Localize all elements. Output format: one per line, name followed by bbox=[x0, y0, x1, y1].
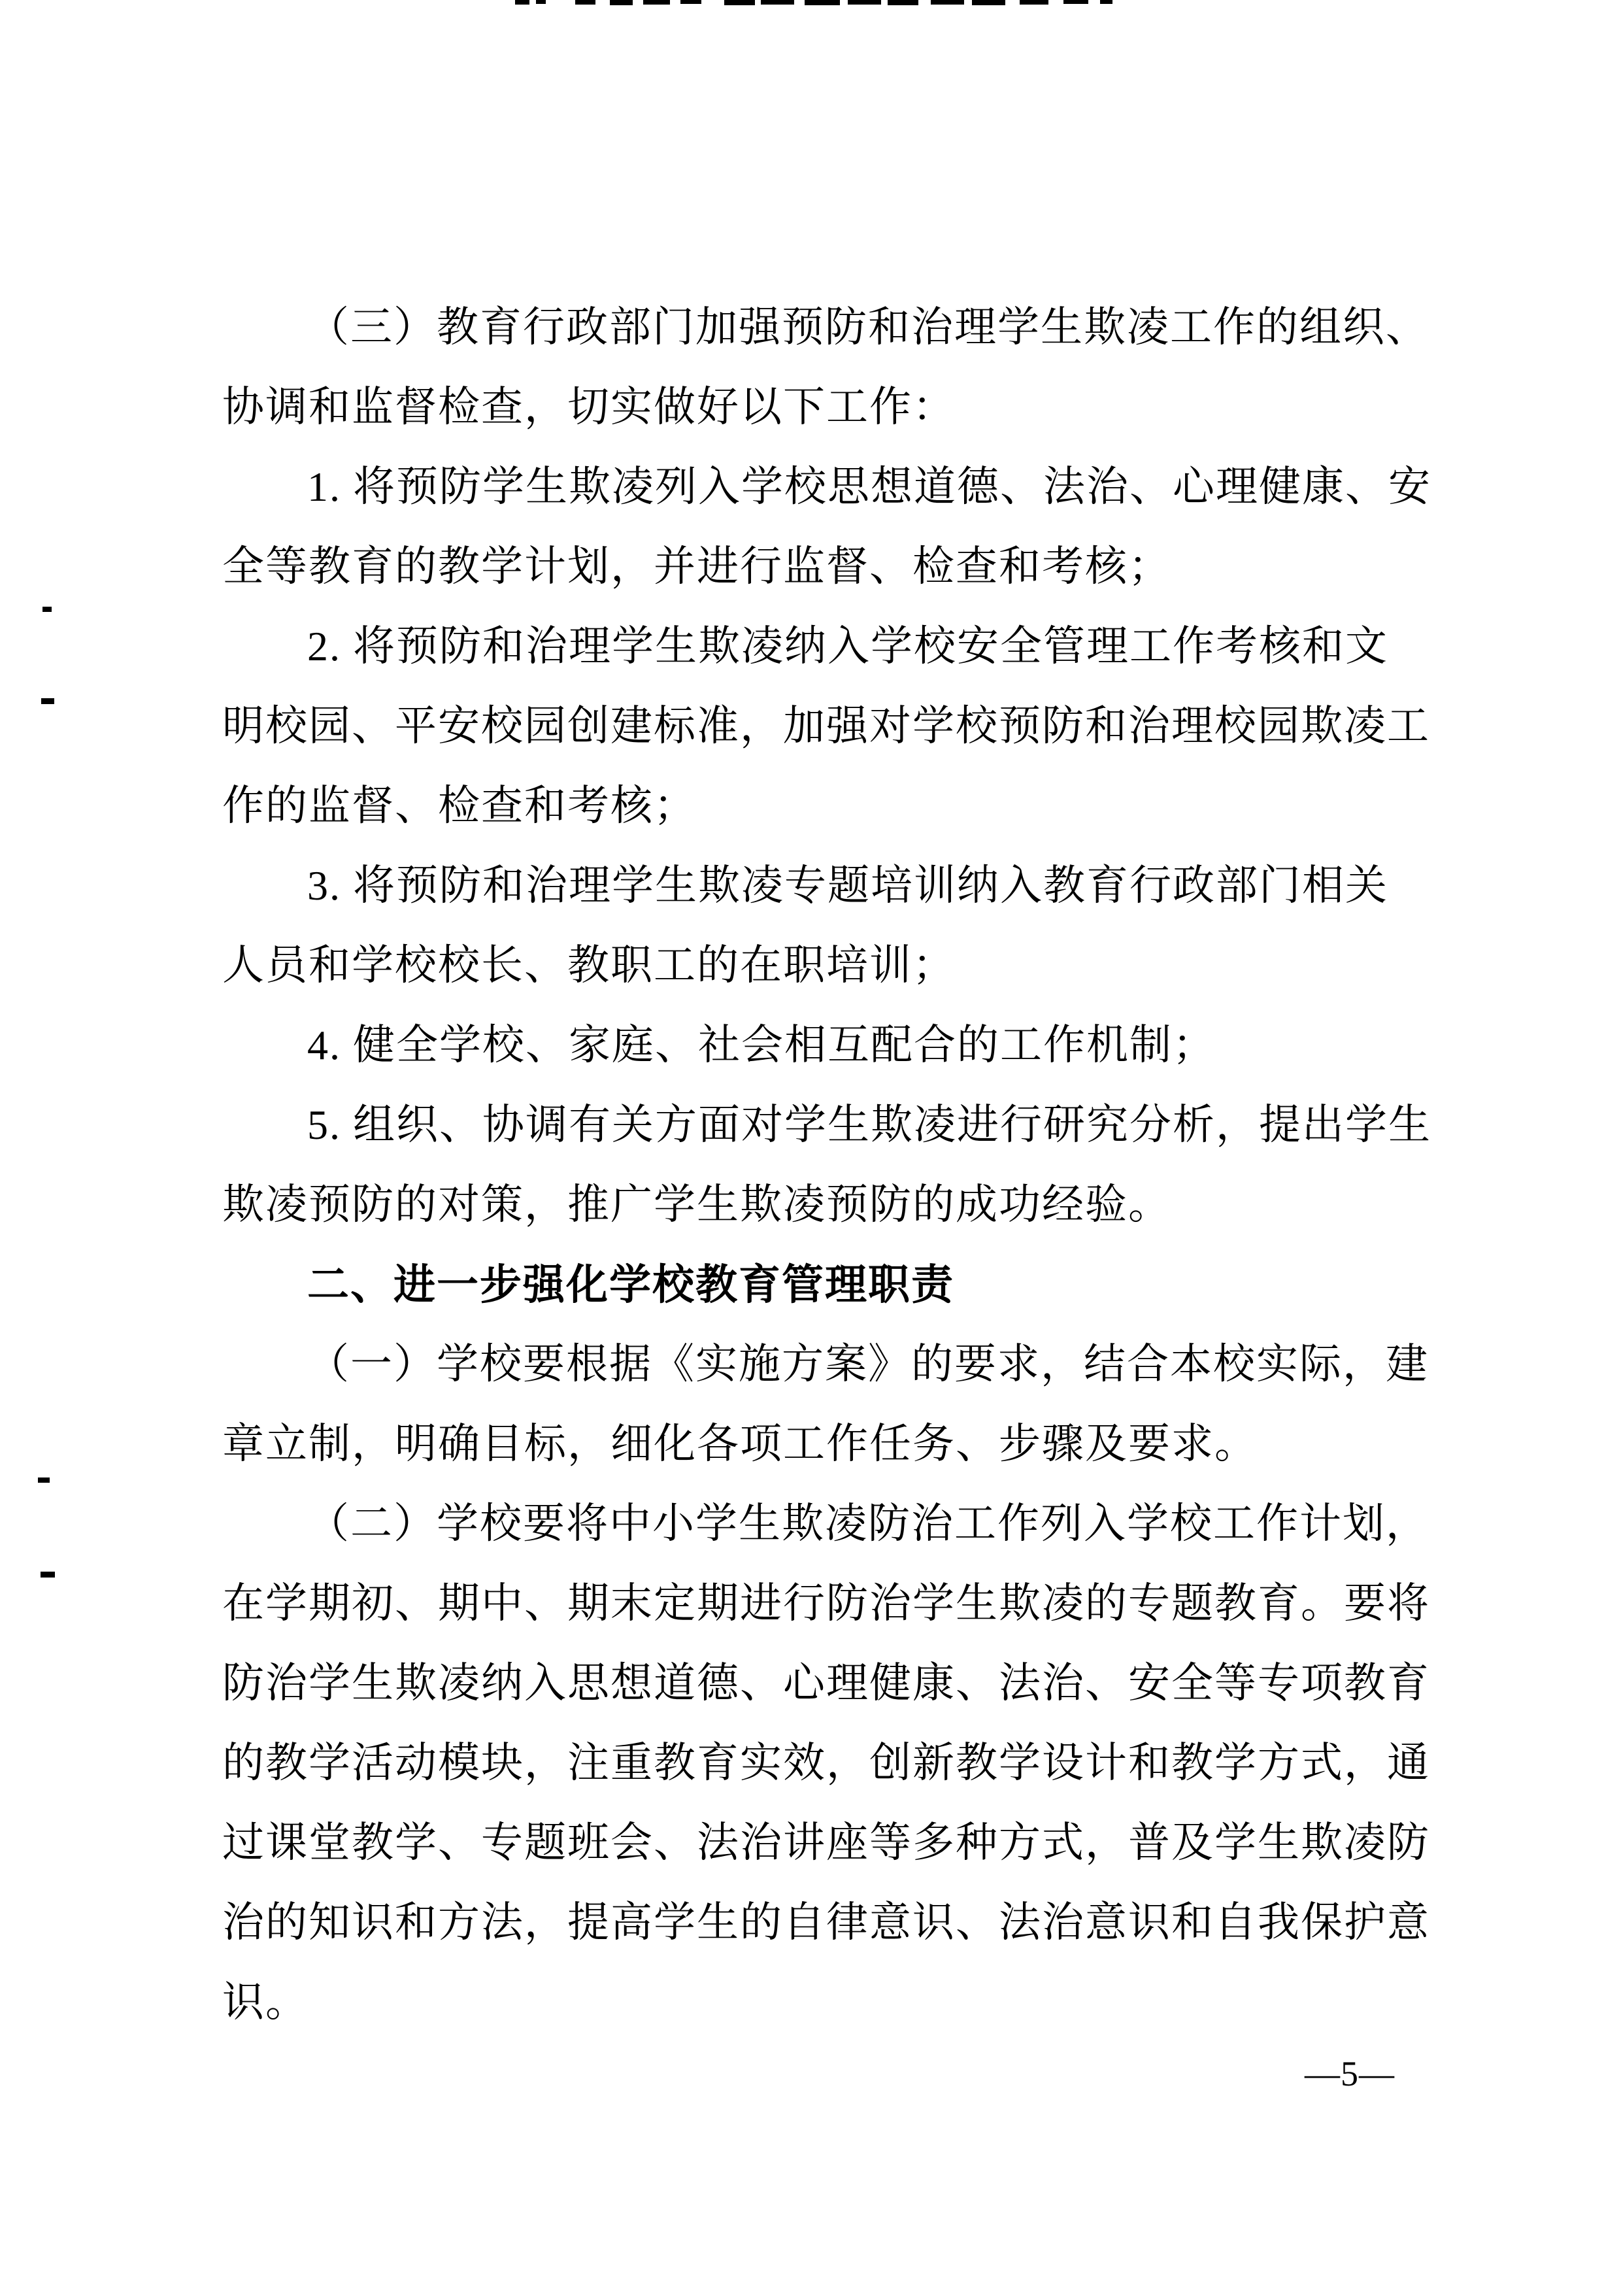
text-line: 3. 将预防和治理学生欺凌专题培训纳入教育行政部门相关 bbox=[222, 846, 1418, 926]
section-heading: 二、进一步强化学校教育管理职责 bbox=[222, 1245, 1418, 1325]
scan-artifact bbox=[848, 0, 881, 5]
scan-speck bbox=[41, 698, 54, 704]
scan-artifact bbox=[515, 0, 529, 5]
scan-artifact bbox=[643, 0, 670, 5]
scan-speck bbox=[42, 607, 52, 612]
scan-artifact bbox=[761, 0, 794, 5]
scan-artifact bbox=[1100, 0, 1112, 4]
text-line: 过课堂教学、专题班会、法治讲座等多种方式，普及学生欺凌防 bbox=[222, 1803, 1418, 1883]
text-line: 欺凌预防的对策，推广学生欺凌预防的成功经验。 bbox=[222, 1165, 1418, 1245]
text-line: 5. 组织、协调有关方面对学生欺凌进行研究分析，提出学生 bbox=[222, 1085, 1418, 1165]
page-number: —5— bbox=[1281, 2054, 1418, 2093]
scan-artifact bbox=[888, 0, 918, 5]
text-line: 2. 将预防和治理学生欺凌纳入学校安全管理工作考核和文 bbox=[222, 607, 1418, 686]
text-line: 全等教育的教学计划，并进行监督、检查和考核； bbox=[222, 527, 1418, 607]
text-line: （一）学校要根据《实施方案》的要求，结合本校实际，建 bbox=[222, 1325, 1418, 1404]
text-line: 治的知识和方法，提高学生的自律意识、法治意识和自我保护意 bbox=[222, 1883, 1418, 1963]
document-body: （三）教育行政部门加强预防和治理学生欺凌工作的组织、 协调和监督检查，切实做好以… bbox=[222, 288, 1418, 2042]
text-line: 协调和监督检查，切实做好以下工作： bbox=[222, 367, 1418, 447]
text-line: （二）学校要将中小学生欺凌防治工作列入学校工作计划， bbox=[222, 1484, 1418, 1564]
scan-artifact bbox=[1063, 0, 1088, 4]
text-line: 防治学生欺凌纳入思想道德、心理健康、法治、安全等专项教育 bbox=[222, 1644, 1418, 1723]
scan-artifact bbox=[536, 0, 546, 4]
scan-artifact bbox=[931, 0, 964, 5]
scan-artifact bbox=[1020, 0, 1048, 5]
text-line: 识。 bbox=[222, 1963, 1418, 2042]
scan-artifact bbox=[805, 0, 840, 5]
scanned-document-page: （三）教育行政部门加强预防和治理学生欺凌工作的组织、 协调和监督检查，切实做好以… bbox=[0, 0, 1621, 2296]
scan-speck bbox=[41, 1572, 55, 1578]
text-line: （三）教育行政部门加强预防和治理学生欺凌工作的组织、 bbox=[222, 288, 1418, 367]
text-line: 1. 将预防学生欺凌列入学校思想道德、法治、心理健康、安 bbox=[222, 447, 1418, 527]
text-line: 作的监督、检查和考核； bbox=[222, 766, 1418, 846]
text-line: 明校园、平安校园创建标准，加强对学校预防和治理校园欺凌工 bbox=[222, 686, 1418, 766]
text-line: 4. 健全学校、家庭、社会相互配合的工作机制； bbox=[222, 1005, 1418, 1085]
text-line: 章立制，明确目标，细化各项工作任务、步骤及要求。 bbox=[222, 1404, 1418, 1484]
scan-artifact bbox=[972, 0, 1005, 5]
text-line: 人员和学校校长、教职工的在职培训； bbox=[222, 926, 1418, 1005]
scan-artifact bbox=[680, 0, 701, 4]
scan-speck bbox=[38, 1477, 50, 1483]
scan-artifact bbox=[610, 0, 633, 5]
text-line: 的教学活动模块，注重教育实效，创新教学设计和教学方式，通 bbox=[222, 1723, 1418, 1803]
text-line: 在学期初、期中、期末定期进行防治学生欺凌的专题教育。要将 bbox=[222, 1564, 1418, 1644]
scan-artifact bbox=[724, 0, 755, 5]
scan-artifact bbox=[575, 0, 595, 5]
